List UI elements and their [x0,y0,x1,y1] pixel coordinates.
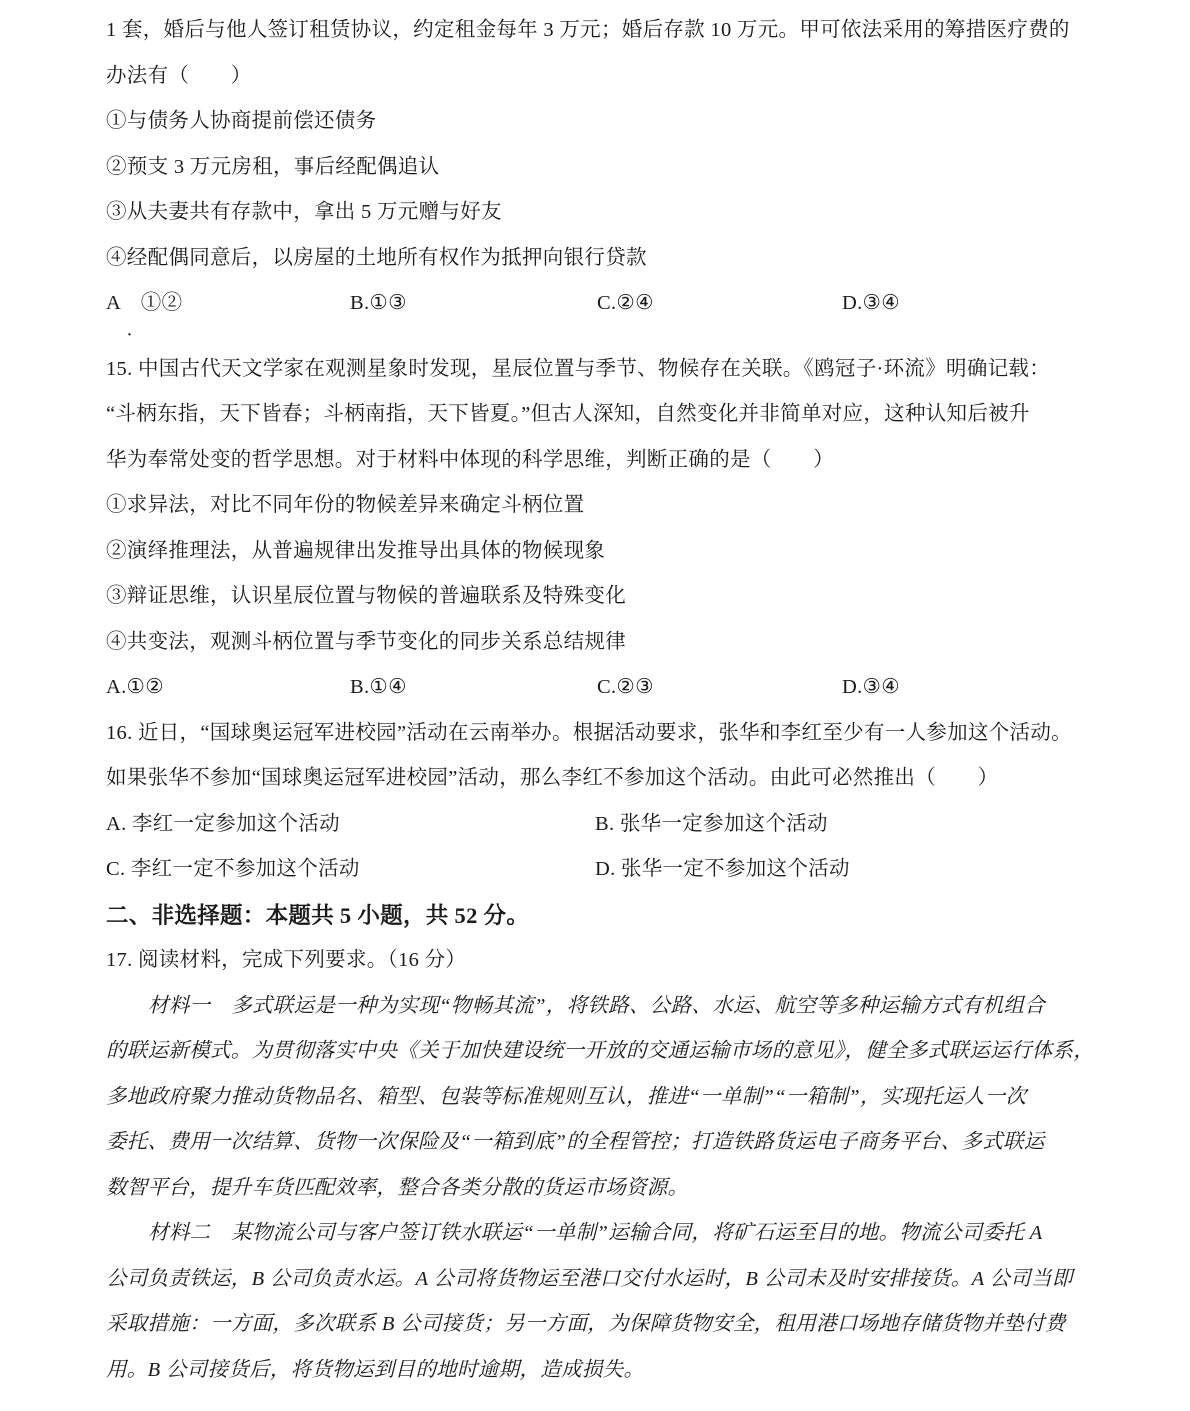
text-line: 华为奉常处变的哲学思想。对于材料中体现的科学思维，判断正确的是（ ） [106,438,1090,484]
text-line: 如果张华不参加“国球奥运冠军进校园”活动，那么李红不参加这个活动。由此可必然推出… [106,756,1090,802]
text-line: 办法有（ ） [106,54,1090,100]
text-line: 委托、费用一次结算、货物一次保险及“一箱到底”的全程管控；打造铁路货运电子商务平… [106,1120,1090,1166]
option-a: A. 李红一定参加这个活动 [106,802,595,848]
question-17-material-1: 材料一 多式联运是一种为实现“物畅其流”，将铁路、公路、水运、航空等多种运输方式… [106,984,1090,1212]
text-line: ④共变法，观测斗柄位置与季节变化的同步关系总结规律 [106,620,1090,666]
text-line: 1 套，婚后与他人签订租赁协议，约定租金每年 3 万元；婚后存款 10 万元。甲… [106,8,1090,54]
text-line: ①与债务人协商提前偿还债务 [106,99,1090,145]
question-16: 16. 近日，“国球奥运冠军进校园”活动在云南举办。根据活动要求，张华和李红至少… [106,711,1090,893]
question-17-material-2: 材料二 某物流公司与客户签订铁水联运“一单制”运输合同，将矿石运至目的地。物流公… [106,1211,1090,1393]
option-a: A ①② [106,281,350,327]
question-15-options-row: A.①② B.①④ C.②③ D.③④ [106,665,1090,711]
text-line: ②预支 3 万元房租，事后经配偶追认 [106,145,1090,191]
option-c: C.②③ [597,665,842,711]
option-c: C.②④ [597,281,842,327]
option-c: C. 李红一定不参加这个活动 [106,847,595,893]
section-two-heading: 二、非选择题：本题共 5 小题，共 52 分。 [106,893,1090,939]
question-14-stem: 1 套，婚后与他人签订租赁协议，约定租金每年 3 万元；婚后存款 10 万元。甲… [106,8,1090,99]
option-b: B. 张华一定参加这个活动 [595,802,1090,848]
text-line: 采取措施：一方面，多次联系 B 公司接货；另一方面，为保障货物安全，租用港口场地… [106,1302,1090,1348]
question-16-stem: 16. 近日，“国球奥运冠军进校园”活动在云南举办。根据活动要求，张华和李红至少… [106,711,1090,802]
stray-dot-mark: · [106,327,1090,347]
text-line: 公司负责铁运，B 公司负责水运。A 公司将货物运至港口交付水运时，B 公司未及时… [106,1257,1090,1303]
text-line: 材料二 某物流公司与客户签订铁水联运“一单制”运输合同，将矿石运至目的地。物流公… [106,1211,1090,1257]
question-16-options-row-2: C. 李红一定不参加这个活动 D. 张华一定不参加这个活动 [106,847,1090,893]
text-line: 16. 近日，“国球奥运冠军进校园”活动在云南举办。根据活动要求，张华和李红至少… [106,711,1090,757]
text-line: ③从夫妻共有存款中，拿出 5 万元赠与好友 [106,190,1090,236]
question-15-items: ①求异法，对比不同年份的物候差异来确定斗柄位置②演绎推理法，从普遍规律出发推导出… [106,483,1090,665]
text-line: 用。B 公司接货后，将货物运到目的地时逾期，造成损失。 [106,1348,1090,1394]
question-15: 15. 中国古代天文学家在观测星象时发现，星辰位置与季节、物候存在关联。《鸥冠子… [106,347,1090,711]
option-d: D.③④ [842,665,1090,711]
text-line: 材料一 多式联运是一种为实现“物畅其流”，将铁路、公路、水运、航空等多种运输方式… [106,984,1090,1030]
question-15-stem: 15. 中国古代天文学家在观测星象时发现，星辰位置与季节、物候存在关联。《鸥冠子… [106,347,1090,484]
text-line: ①求异法，对比不同年份的物候差异来确定斗柄位置 [106,483,1090,529]
option-d: D. 张华一定不参加这个活动 [595,847,1090,893]
question-16-options-row-1: A. 李红一定参加这个活动 B. 张华一定参加这个活动 [106,802,1090,848]
option-d: D.③④ [842,281,1090,327]
question-14-items: ①与债务人协商提前偿还债务②预支 3 万元房租，事后经配偶追认③从夫妻共有存款中… [106,99,1090,281]
text-line: ④经配偶同意后，以房屋的土地所有权作为抵押向银行贷款 [106,236,1090,282]
text-line: “斗柄东指，天下皆春；斗柄南指，天下皆夏。”但古人深知，自然变化并非简单对应，这… [106,392,1090,438]
text-line: 的联运新模式。为贯彻落实中央《关于加快建设统一开放的交通运输市场的意见》，健全多… [106,1029,1090,1075]
question-17-intro: 17. 阅读材料，完成下列要求。（16 分） [106,938,1090,984]
option-b: B.①④ [350,665,597,711]
text-line: 多地政府聚力推动货物品名、箱型、包装等标准规则互认，推进“一单制”“一箱制”，实… [106,1075,1090,1121]
question-14-continuation: 1 套，婚后与他人签订租赁协议，约定租金每年 3 万元；婚后存款 10 万元。甲… [106,8,1090,347]
exam-page: 1 套，婚后与他人签订租赁协议，约定租金每年 3 万元；婚后存款 10 万元。甲… [0,0,1190,1393]
text-line: ②演绎推理法，从普遍规律出发推导出具体的物候现象 [106,529,1090,575]
text-line: 15. 中国古代天文学家在观测星象时发现，星辰位置与季节、物候存在关联。《鸥冠子… [106,347,1090,393]
option-a: A.①② [106,665,350,711]
question-14-options-row: A ①② B.①③ C.②④ D.③④ [106,281,1090,327]
option-b: B.①③ [350,281,597,327]
text-line: 数智平台，提升车货匹配效率，整合各类分散的货运市场资源。 [106,1166,1090,1212]
text-line: ③辩证思维，认识星辰位置与物候的普遍联系及特殊变化 [106,574,1090,620]
